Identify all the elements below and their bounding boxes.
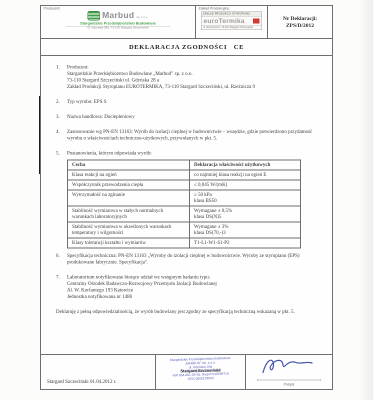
table-row: Wytrzymałość na zginanie ≥ 50 kPa klasa … <box>68 190 301 206</box>
list-item-typ-wyrobu: 2. Typ wyrobu: EPS S <box>56 99 319 106</box>
marbud-logo-icon <box>88 11 101 21</box>
list-item-producent: 1. Producent: Stargardzkie Przedsiębiors… <box>56 64 319 90</box>
table-cell: T1-L1-W1-S1-P2 <box>190 238 301 248</box>
item-text: Postanowienia, którym odpowiada wyrób: C… <box>67 150 319 250</box>
item-number: 7. <box>56 274 67 300</box>
item-number: 4. <box>56 129 67 142</box>
eurotermika-logo: ZAKŁAD PRODUKCJI STYROPIANU euroTermika … <box>201 12 262 31</box>
document-body: 1. Producent: Stargardzkie Przedsiębiors… <box>41 56 332 355</box>
plant-header-cell: Zakład Produkcyjny: ZAKŁAD PRODUKCJI STY… <box>196 6 268 38</box>
table-row: Klasa reakcji na ogień co najmniej klasa… <box>68 170 301 180</box>
marbud-logo-name: Marbud <box>102 11 134 21</box>
red-flag-icon <box>253 18 260 23</box>
declaration-number-value: ZPS/D/2012 <box>286 22 314 29</box>
table-cell: Współczynnik przewodzenia ciepła <box>68 180 190 190</box>
list-item-laboratorium: 7. Laboratorium notyfikowane biorące udz… <box>56 274 319 300</box>
item-line: Specyfikacja techniczna: PN-EN 13163 „Wy… <box>67 253 319 266</box>
table-cell: Stabilność wymiarowa w określonych warun… <box>68 222 190 238</box>
document-page: Producent: Marbud sp. z o.o. Stargardzki… <box>40 5 333 390</box>
signature-label: Podpis <box>246 383 332 387</box>
marbud-logo-address: ul. Gdyńska 28a, 73-110 Stargard Szczeci… <box>66 26 171 30</box>
item-number: 6. <box>56 253 67 266</box>
eurotermika-logo-address: ul. Rzeźnicza 9, 73-110 Stargard Szczeci… <box>202 25 262 30</box>
declaration-number-label: Nr Deklaracji: <box>283 15 317 22</box>
item-number: 3. <box>56 114 67 121</box>
table-cell: Stabilność wymiarowa w stałych normalnyc… <box>68 206 190 222</box>
table-row: Stabilność wymiarowa w określonych warun… <box>68 222 301 238</box>
item-number: 1. <box>56 64 67 90</box>
marbud-logo: Marbud sp. z o.o. Stargardzkie Przedsięb… <box>66 11 171 30</box>
item-number: 2. <box>56 99 67 106</box>
list-item-specyfikacja: 6. Specyfikacja techniczna: PN-EN 13163 … <box>56 253 319 266</box>
table-row: Stabilność wymiarowa w stałych normalnyc… <box>68 206 301 222</box>
column-header: Deklaracja właściwości użytkowych <box>190 160 301 170</box>
table-cell: ≤ 0,045 W/(mK) <box>190 180 301 190</box>
item-line: Nazwa handlowa: Dociepleniowy <box>67 114 319 121</box>
eurotermika-logo-name: euroTermika <box>204 17 245 25</box>
item-line: Jednostka notyfikowana nr 1486 <box>67 294 319 301</box>
item-line: Typ wyrobu: EPS S <box>67 99 319 106</box>
table-row: Współczynnik przewodzenia ciepła ≤ 0,045… <box>68 180 301 190</box>
producer-label: Producent: <box>44 7 61 11</box>
column-header: Cecha <box>68 160 190 170</box>
declaration-sheet: Producent: Marbud sp. z o.o. Stargardzki… <box>40 5 333 390</box>
signature-dotted-line <box>257 380 321 381</box>
table-cell: Wytrzymałość na zginanie <box>68 190 190 206</box>
page-edge-shade <box>359 0 373 400</box>
document-title: DEKLARACJA ZGODNOŚCI CE <box>41 39 332 56</box>
item-text: Laboratorium notyfikowane biorące udział… <box>67 274 319 300</box>
table-cell: Klasa reakcji na ogień <box>68 170 190 180</box>
list-item-postanowienia: 5. Postanowienia, którym odpowiada wyrób… <box>56 150 319 250</box>
item-line: Zakład Produkcji Styropianu EUROTERMIKA,… <box>67 84 319 91</box>
declaration-statement: Deklaruję z pełną odpowiedzialnością, że… <box>56 309 319 316</box>
table-cell: ≥ 50 kPa klasa BS50 <box>190 190 301 206</box>
date-text: Stargard Szczeciński 01.04.2012 r. <box>47 379 116 385</box>
table-cell: Wymagane ± 0,5% klasa DS(N)5 <box>190 206 301 222</box>
table-cell: Klasy tolerancji kształtu i wymiarów <box>68 238 190 248</box>
table-row: Klasy tolerancji kształtu i wymiarów T1-… <box>68 238 301 248</box>
signature <box>260 356 315 377</box>
declaration-number-cell: Nr Deklaracji: ZPS/D/2012 <box>268 6 332 38</box>
date-cell: Stargard Szczeciński 01.04.2012 r. <box>41 355 156 389</box>
table-cell: Wymagane ± 3% klasa DS(70,-)3 <box>190 222 301 238</box>
marbud-logo-subtitle: Stargardzkie Przedsiębiorstwo Budowlane <box>66 21 171 26</box>
table-header-row: Cecha Deklaracja właściwości użytkowych <box>68 160 301 170</box>
plant-label: Zakład Produkcyjny: <box>199 7 231 11</box>
footer-row: Stargard Szczeciński 01.04.2012 r. Starg… <box>41 355 332 389</box>
item-line: Zastosowanie wg PN-EN 13163: Wyrób do iz… <box>67 129 319 142</box>
producer-header-cell: Producent: Marbud sp. z o.o. Stargardzki… <box>41 6 196 38</box>
list-item-zastosowanie: 4. Zastosowanie wg PN-EN 13163: Wyrób do… <box>56 129 319 142</box>
item-number: 5. <box>56 150 67 250</box>
table-cell: co najmniej klasa reakcji na ogień E <box>190 170 301 180</box>
item-text: Producent: Stargardzkie Przedsiębiorstwo… <box>67 64 319 90</box>
signature-cell: Podpis <box>246 355 332 389</box>
item-line: Postanowienia, którym odpowiada wyrób: <box>67 150 319 157</box>
spec-table: Cecha Deklaracja właściwości użytkowych … <box>67 160 301 249</box>
header-row: Producent: Marbud sp. z o.o. Stargardzki… <box>41 6 332 39</box>
marbud-logo-suffix: sp. z o.o. <box>136 16 148 21</box>
list-item-nazwa-handlowa: 3. Nazwa handlowa: Dociepleniowy <box>56 114 319 121</box>
stamp-cell: Stargardzkie Przedsiębiorstwo Budowlane … <box>156 355 246 389</box>
